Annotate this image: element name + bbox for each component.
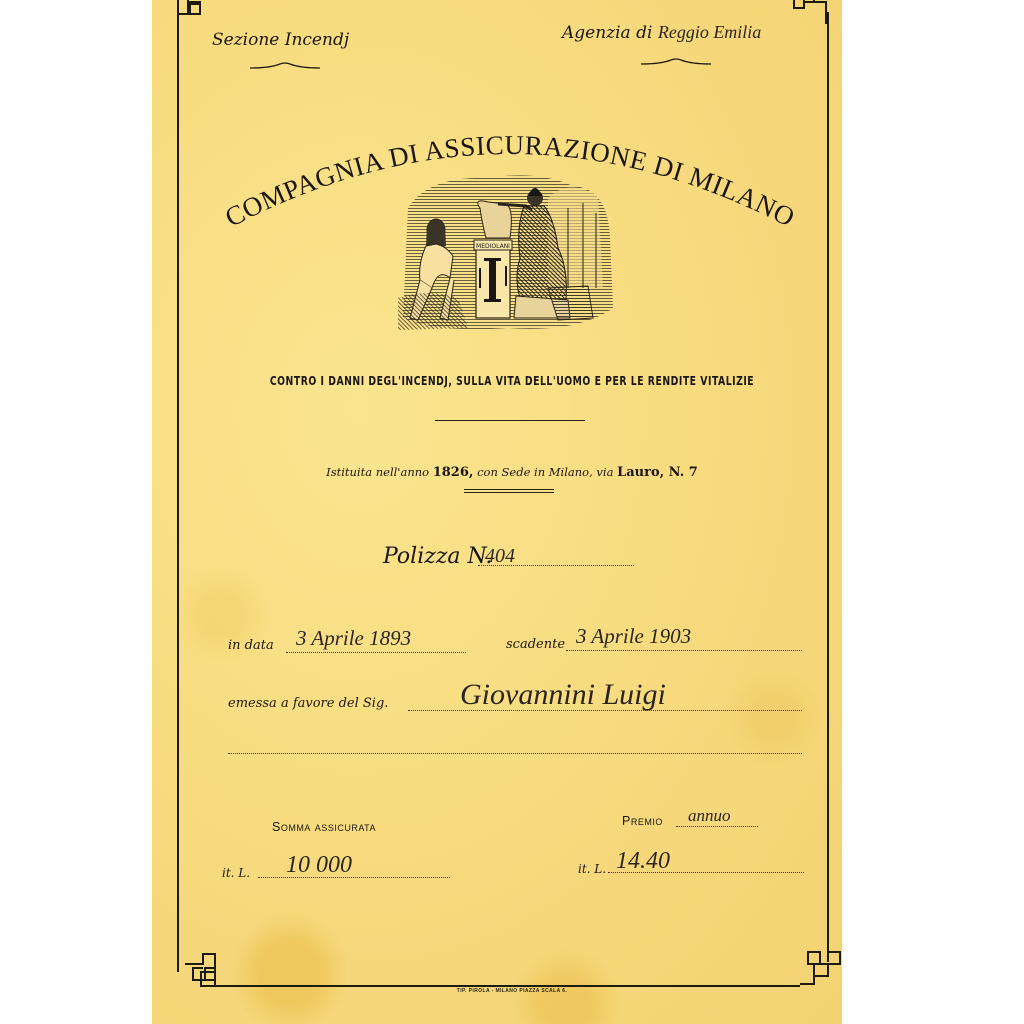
premium-value: 14.40 — [616, 848, 670, 875]
border-right — [827, 12, 829, 962]
printer-imprint: TIP. PIROLA - MILANO PIAZZA SCALA 6. — [0, 988, 1024, 994]
agency-field: Agenzia di Reggio Emilia — [562, 22, 761, 43]
agency-label: Agenzia di — [562, 23, 652, 43]
allegory-engraving-icon: MEDIOLANI — [398, 168, 620, 336]
premium-period: annuo — [688, 806, 731, 826]
agency-city: Reggio Emilia — [658, 22, 761, 42]
corner-ornament-bottom-right-icon — [800, 942, 844, 986]
double-divider-line — [464, 492, 554, 493]
border-bottom — [220, 985, 800, 987]
sum-insured-label: Somma assicurata — [272, 820, 376, 834]
premium-currency: it. L. — [578, 862, 606, 876]
founding-info: Istituita nell'anno 1826, con Sede in Mi… — [0, 465, 1024, 480]
svg-text:MEDIOLANI: MEDIOLANI — [476, 243, 510, 250]
sum-currency: it. L. — [222, 866, 250, 880]
policy-number-line — [478, 565, 634, 566]
beneficiary-name: Giovannini Luigi — [460, 678, 666, 712]
premium-period-line — [676, 826, 758, 827]
sum-insured-value: 10 000 — [286, 852, 352, 879]
issue-date-line — [286, 652, 466, 653]
founded-prefix: Istituita nell'anno — [326, 465, 429, 479]
expiry-label: scadente — [506, 637, 565, 652]
founded-mid: con Sede in Milano, via — [477, 465, 613, 479]
premium-value-line — [608, 872, 804, 873]
expiry-date-line — [566, 650, 802, 651]
beneficiary-label: emessa a favore del Sig. — [228, 696, 388, 711]
expiry-date: 3 Aprile 1903 — [576, 624, 691, 649]
founded-address: Lauro, N. 7 — [617, 465, 698, 480]
founded-year: 1826, — [433, 465, 474, 480]
corner-ornament-top-right-icon — [790, 0, 832, 24]
premium-label: Premio — [622, 814, 663, 828]
divider-line — [435, 420, 585, 421]
swash-divider-icon — [250, 62, 320, 70]
sum-insured-line — [258, 877, 450, 878]
corner-ornament-top-left-icon — [170, 0, 212, 24]
beneficiary-line — [408, 710, 802, 711]
section-label: Sezione Incendj — [212, 30, 349, 50]
double-divider-line — [464, 489, 554, 490]
border-left — [177, 22, 179, 972]
date-label: in data — [228, 638, 274, 653]
policy-label: Polizza N. — [383, 544, 492, 569]
swash-divider-icon — [636, 58, 716, 66]
blank-line — [228, 753, 802, 754]
issue-date: 3 Aprile 1893 — [296, 626, 411, 651]
company-motto: CONTRO I DANNI DEGL'INCENDJ, SULLA VITA … — [72, 374, 953, 388]
